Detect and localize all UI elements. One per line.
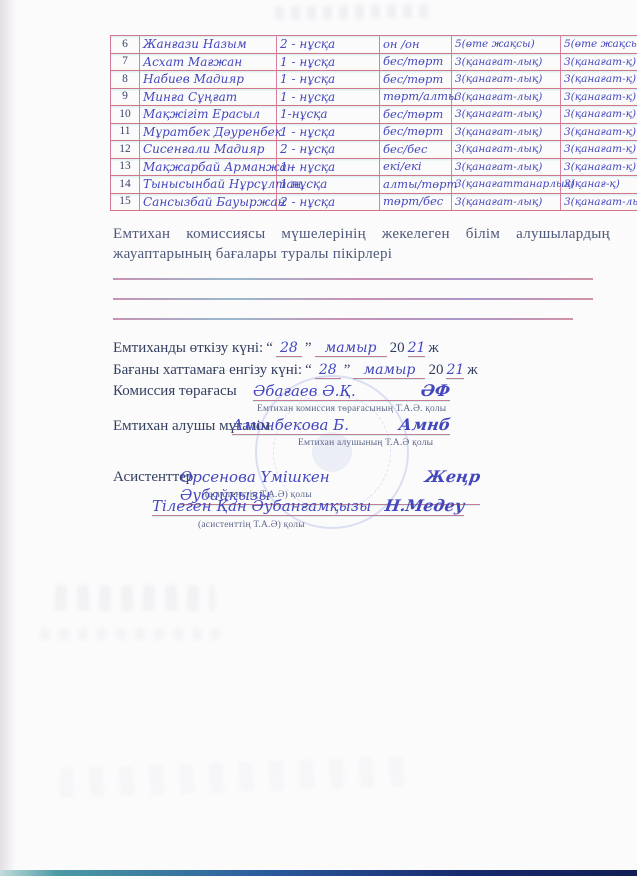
grade-final: 3(қанағат-қ) bbox=[561, 53, 637, 71]
grade-commission: 3(қанағат-лық) bbox=[452, 53, 561, 71]
assistant2-caption: (асистенттің Т.А.Ә) қолы bbox=[198, 520, 305, 530]
grade-commission: 5(өте жақсы) bbox=[452, 36, 561, 54]
assistant2-signature-name: Тілеген Қан Әубанғамқызы bbox=[152, 497, 371, 515]
exam-variant: 2 - нұсқа bbox=[277, 193, 380, 211]
row-number: 9 bbox=[111, 88, 140, 106]
scan-left-edge bbox=[0, 0, 16, 876]
table-row: 10 Мақжігіт Ерасыл 1-нұсқа бес/төрт 3(қа… bbox=[111, 106, 637, 124]
question-scores: алты/төрт bbox=[380, 176, 452, 194]
assistant2-signature-line: Тілеген Қан Әубанғамқызы Н.Медеу bbox=[152, 496, 464, 516]
student-name: Мұратбек Дәуренбек bbox=[140, 123, 277, 141]
table-row: 13 Мақжарбай Арманжан 1 - нұсқа екі/екі … bbox=[111, 158, 637, 176]
exam-variant: 1-нұсқа bbox=[277, 106, 380, 124]
table-row: 14 Тынысынбай Нұрсұлтан 1 нұсқа алты/төр… bbox=[111, 176, 637, 194]
question-scores: бес/төрт bbox=[380, 53, 452, 71]
question-scores: он /он bbox=[380, 36, 452, 54]
exam-variant: 1 - нұсқа bbox=[277, 123, 380, 141]
exam-day-handwritten: 28 bbox=[276, 340, 302, 357]
table-row: 7 Асхат Мағжан 1 - нұсқа бес/төрт 3(қана… bbox=[111, 53, 637, 71]
grade-final: 3(қанағат-қ) bbox=[561, 88, 637, 106]
student-name: Мақжігіт Ерасыл bbox=[140, 106, 277, 124]
bleedthrough-smudge bbox=[60, 756, 421, 799]
chairman-signature-name: Әбағаев Ә.Қ. bbox=[253, 382, 356, 400]
teacher-caption: Емтихан алушының Т.А.Ә қолы bbox=[298, 438, 433, 448]
grade-final: 3(қанағат-лық) bbox=[561, 193, 637, 211]
row-number: 13 bbox=[111, 158, 140, 176]
teacher-signature-name: Амонбекова Б. bbox=[232, 416, 349, 434]
student-name: Минға Сұңғат bbox=[140, 88, 277, 106]
question-scores: төрт/бес bbox=[380, 193, 452, 211]
teacher-autograph: Амнб bbox=[397, 415, 451, 434]
chairman-label: Комиссия төрағасы bbox=[113, 383, 237, 400]
table-row: 12 Сисенғали Мадияр 2 - нұсқа бес/бес 3(… bbox=[111, 141, 637, 159]
grade-commission: 3(қанағаттанарлық) bbox=[452, 176, 561, 194]
commission-opinion-heading: Емтихан комиссиясы мүшелерінің жекелеген… bbox=[113, 224, 610, 264]
table-row: 15 Сансызбай Бауыржан 2 - нұсқа төрт/бес… bbox=[111, 193, 637, 211]
grade-commission: 3(қанағат-лық) bbox=[452, 123, 561, 141]
chairman-caption: Емтихан комиссия төрағасының Т.А.Ә. қолы bbox=[257, 404, 446, 414]
student-name: Тынысынбай Нұрсұлтан bbox=[140, 176, 277, 194]
student-name: Жанғази Назым bbox=[140, 36, 277, 54]
exam-year-handwritten: 21 bbox=[408, 340, 426, 357]
grade-final: 3(қанағат-қ) bbox=[561, 158, 637, 176]
question-scores: екі/екі bbox=[380, 158, 452, 176]
question-scores: төрт/алты bbox=[380, 88, 452, 106]
row-number: 12 bbox=[111, 141, 140, 159]
grade-final: 3(қанағат-қ) bbox=[561, 106, 637, 124]
exam-variant: 1 - нұсқа bbox=[277, 158, 380, 176]
row-number: 8 bbox=[111, 71, 140, 89]
row-number: 14 bbox=[111, 176, 140, 194]
protocol-entry-date-line: Бағаны хаттамаға енгізу күні: “28” мамыр… bbox=[113, 362, 478, 379]
assistant1-autograph: Жеңр bbox=[423, 467, 481, 486]
grade-final: 5(өте жақсы) bbox=[561, 36, 637, 54]
teacher-signature-line: Амонбекова Б. Амнб bbox=[232, 415, 450, 435]
grade-final: 3(қанағ-қ) bbox=[561, 176, 637, 194]
blank-ruled-line bbox=[113, 278, 593, 280]
year-suffix: ж bbox=[467, 362, 477, 379]
exam-variant: 1 - нұсқа bbox=[277, 53, 380, 71]
student-name: Мақжарбай Арманжан bbox=[140, 158, 277, 176]
grade-final: 3(қанағат-қ) bbox=[561, 141, 637, 159]
year-prefix: 20 bbox=[390, 340, 405, 357]
grade-commission: 3(қанағат-лық) bbox=[452, 106, 561, 124]
row-number: 7 bbox=[111, 53, 140, 71]
grade-commission: 3(қанағат-лық) bbox=[452, 158, 561, 176]
grade-commission: 3(қанағат-лық) bbox=[452, 88, 561, 106]
bleedthrough-smudge bbox=[55, 585, 215, 611]
question-scores: бес/төрт bbox=[380, 106, 452, 124]
blank-ruled-line bbox=[113, 318, 573, 320]
quote-close: ” bbox=[305, 340, 312, 357]
row-number: 15 bbox=[111, 193, 140, 211]
grades-table: 6 Жанғази Назым 2 - нұсқа он /он 5(өте ж… bbox=[110, 35, 637, 211]
entry-date-label: Бағаны хаттамаға енгізу күні: bbox=[113, 362, 302, 379]
question-scores: бес/төрт bbox=[380, 123, 452, 141]
table-row: 8 Набиев Мадияр 1 - нұсқа бес/төрт 3(қан… bbox=[111, 71, 637, 89]
question-scores: бес/бес bbox=[380, 141, 452, 159]
student-name: Сансызбай Бауыржан bbox=[140, 193, 277, 211]
bleedthrough-smudge bbox=[40, 628, 220, 640]
assistant2-autograph: Н.Медеу bbox=[383, 496, 465, 515]
year-suffix: ж bbox=[428, 340, 438, 357]
exam-date-line: Емтиханды өткізу күні: “28” мамыр 2021 ж bbox=[113, 340, 439, 357]
grade-commission: 3(қанағат-лық) bbox=[452, 193, 561, 211]
scan-bottom-edge bbox=[0, 870, 637, 876]
chairman-autograph: ӘФ bbox=[420, 381, 452, 400]
row-number: 11 bbox=[111, 123, 140, 141]
year-prefix: 20 bbox=[428, 362, 443, 379]
grade-final: 3(қанағат-қ) bbox=[561, 123, 637, 141]
student-name: Набиев Мадияр bbox=[140, 71, 277, 89]
entry-day-handwritten: 28 bbox=[315, 362, 341, 379]
student-name: Сисенғали Мадияр bbox=[140, 141, 277, 159]
quote-close: ” bbox=[344, 362, 351, 379]
table-row: 11 Мұратбек Дәуренбек 1 - нұсқа бес/төрт… bbox=[111, 123, 637, 141]
entry-month-handwritten: мамыр bbox=[353, 362, 425, 379]
quote-open: “ bbox=[266, 340, 273, 357]
table-row: 9 Минға Сұңғат 1 - нұсқа төрт/алты 3(қан… bbox=[111, 88, 637, 106]
exam-variant: 2 - нұсқа bbox=[277, 141, 380, 159]
exam-variant: 1 нұсқа bbox=[277, 176, 380, 194]
table-row: 6 Жанғази Назым 2 - нұсқа он /он 5(өте ж… bbox=[111, 36, 637, 54]
chairman-signature-line: Әбағаев Ә.Қ. ӘФ bbox=[253, 381, 450, 401]
scanned-exam-protocol-page: 6 Жанғази Назым 2 - нұсқа он /он 5(өте ж… bbox=[0, 0, 637, 876]
grade-commission: 3(қанағат-лық) bbox=[452, 71, 561, 89]
exam-variant: 2 - нұсқа bbox=[277, 36, 380, 54]
blank-ruled-line bbox=[113, 298, 593, 300]
exam-variant: 1 - нұсқа bbox=[277, 71, 380, 89]
grade-commission: 3(қанағат-лық) bbox=[452, 141, 561, 159]
bleedthrough-smudge bbox=[275, 4, 435, 21]
row-number: 10 bbox=[111, 106, 140, 124]
exam-date-label: Емтиханды өткізу күні: bbox=[113, 340, 263, 357]
entry-year-handwritten: 21 bbox=[446, 362, 464, 379]
grade-final: 3(қанағат-қ) bbox=[561, 71, 637, 89]
quote-open: “ bbox=[305, 362, 312, 379]
student-name: Асхат Мағжан bbox=[140, 53, 277, 71]
exam-month-handwritten: мамыр bbox=[315, 340, 387, 357]
question-scores: бес/төрт bbox=[380, 71, 452, 89]
row-number: 6 bbox=[111, 36, 140, 54]
exam-variant: 1 - нұсқа bbox=[277, 88, 380, 106]
